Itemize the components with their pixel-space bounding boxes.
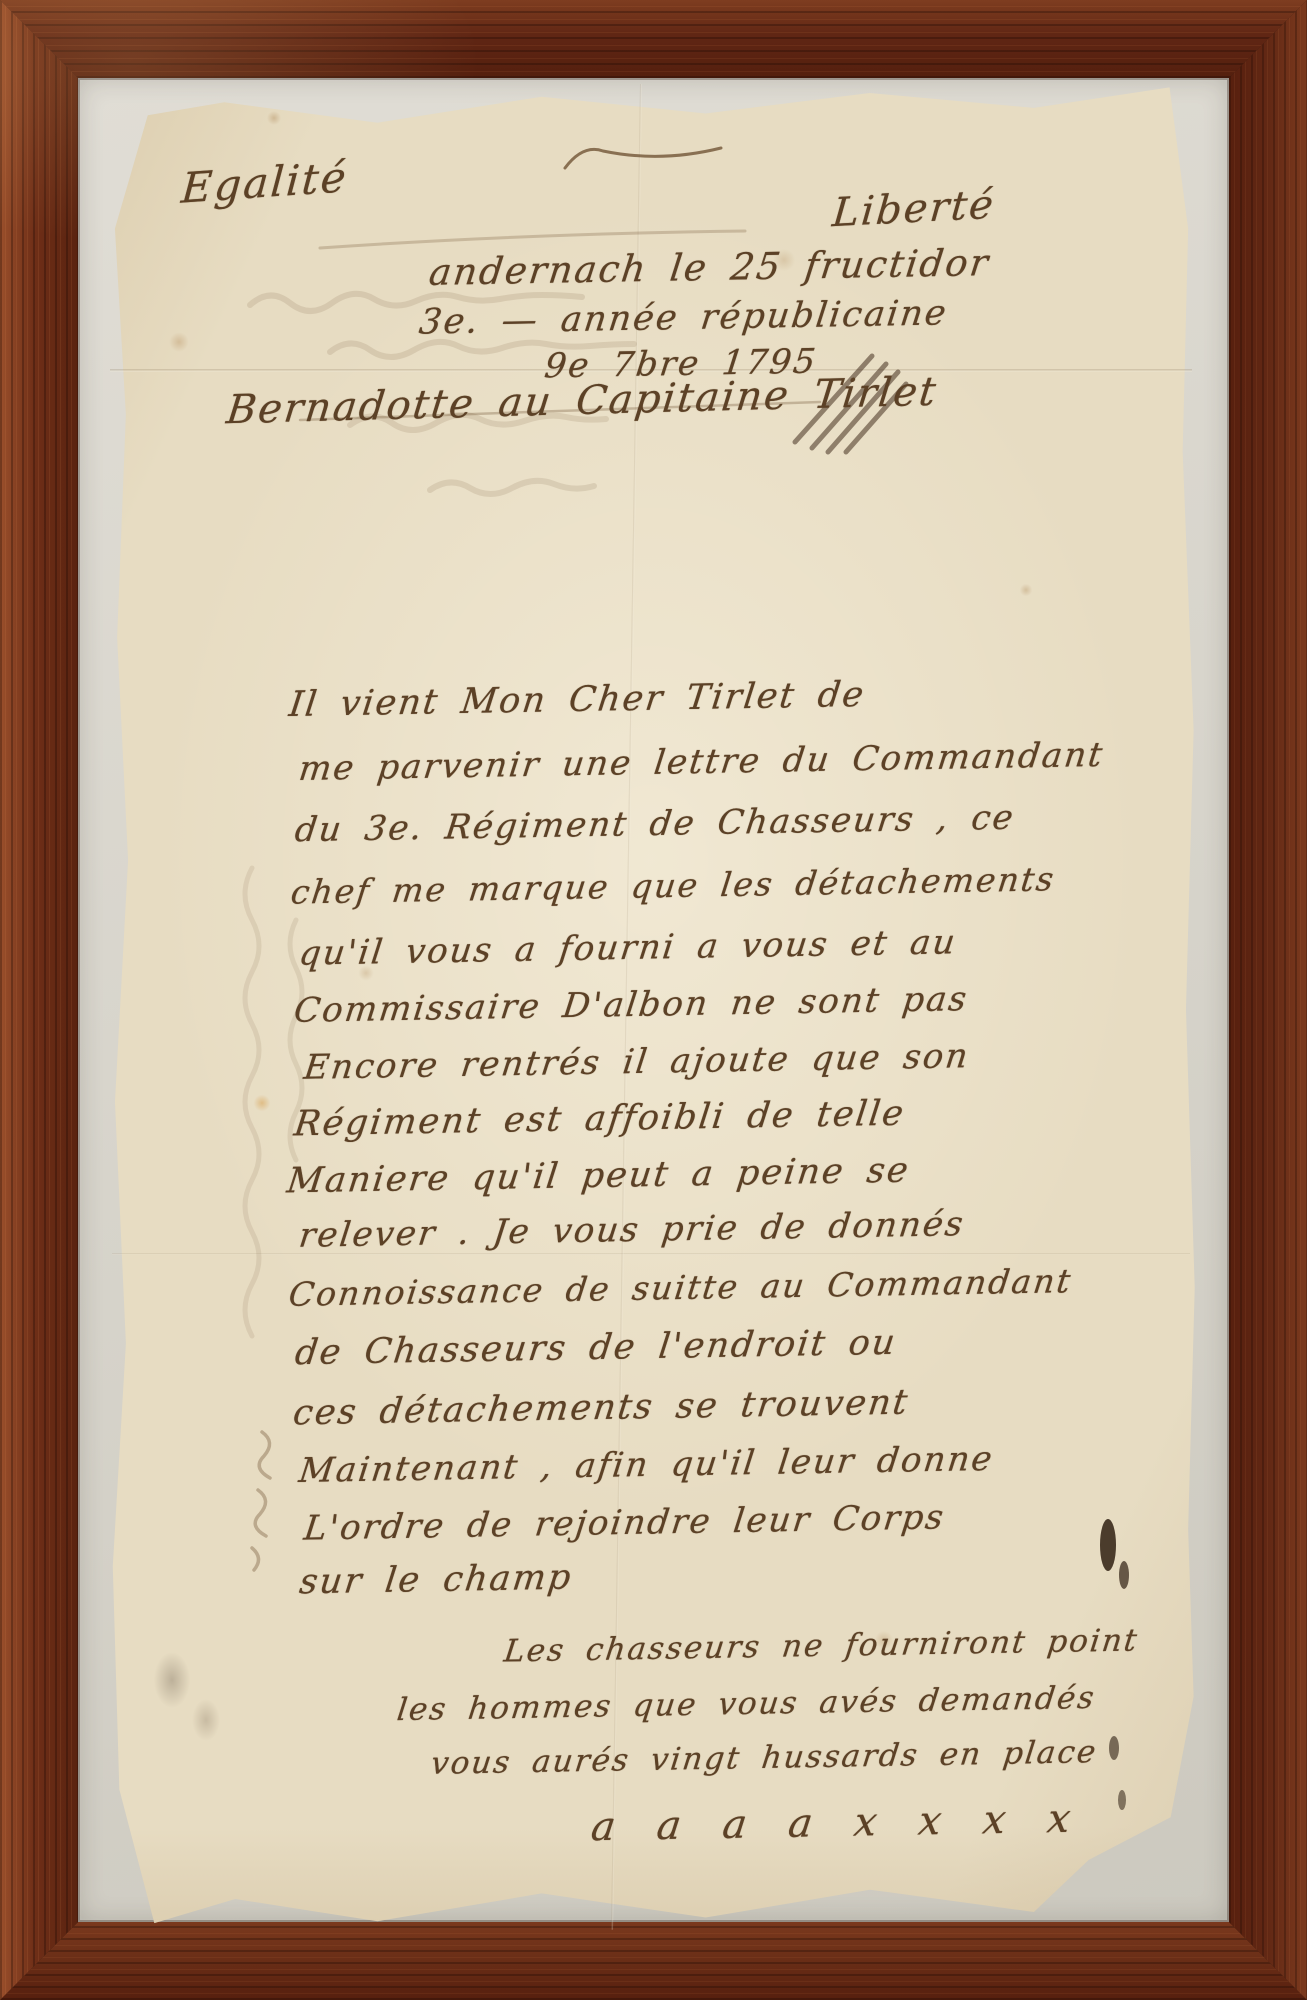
picture-frame-top <box>0 0 1307 78</box>
framed-letter-photo: Egalité Liberté andernach le 25 fructido… <box>0 0 1307 2000</box>
picture-frame-bottom <box>0 1922 1307 2000</box>
picture-frame-right <box>1229 0 1307 2000</box>
letter-paper <box>104 80 1198 1938</box>
picture-frame-left <box>0 0 78 2000</box>
